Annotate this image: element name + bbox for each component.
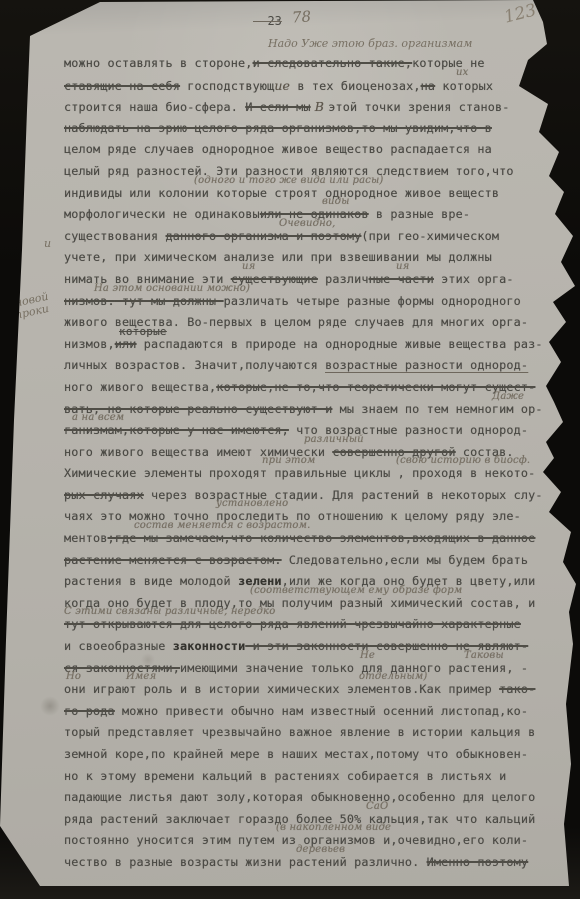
text-line: которыенизмов,или распадаются в природе … — [64, 337, 550, 359]
top-handwritten-note: Надо Уже этою браз. организмам — [268, 37, 472, 50]
handwritten-correction: В — [311, 99, 329, 114]
handwritten-annotation: а на всем — [72, 412, 124, 423]
typed-text: Следовательно,если мы будем брать — [282, 553, 529, 567]
struck-text: наблюдать на эрию целого ряда организмов… — [64, 121, 492, 135]
handwritten-annotation: СаО — [366, 801, 388, 812]
typed-text: имеющими значение только для данного рас… — [180, 661, 528, 675]
struck-text: ганизмам,которые у нас имеются, — [64, 423, 289, 437]
handwritten-annotation: виды — [322, 196, 350, 207]
handwritten-annotation: Не — [360, 650, 375, 661]
typed-text-block: можно оставлять в стороне,и следовательн… — [64, 56, 550, 877]
typed-text: Химические элементы проходят правильные … — [64, 466, 535, 480]
margin-handwritten-note: С новой строки — [2, 288, 64, 324]
typed-text: чество в разные возрасты жизни растений … — [64, 855, 427, 869]
typed-text: ного живого вещества, — [64, 380, 216, 394]
margin-handwritten-note: и — [44, 238, 60, 250]
struck-text: низмов. — [64, 294, 115, 308]
typed-text: но к этому времени кальций в растениях с… — [64, 769, 506, 783]
text-line: рых случаях через возрастные стадии. Для… — [64, 488, 550, 510]
handwritten-annotation: На этом основании можно) — [94, 283, 250, 294]
document-page: - 23 78 123 Надо Уже этою браз. организм… — [0, 0, 580, 899]
text-line: личных возрастов. Значит,получаются возр… — [64, 358, 550, 380]
handwritten-page-number: 78 — [291, 7, 311, 26]
struck-text: растение меняется с возрастом. — [64, 553, 282, 567]
typed-text: различать четыре разные формы однородног… — [224, 294, 521, 308]
text-line: состав меняется с возрастом.ментов;где м… — [64, 531, 550, 553]
typed-text: возрастные разности однород- — [325, 358, 528, 372]
typed-text: (при гео-химическом — [361, 229, 499, 243]
text-line: целом ряде случаев однородное живое веще… — [64, 142, 550, 164]
typed-text: можно оставлять в стороне, — [64, 56, 253, 70]
struck-text: рых случаях — [64, 488, 144, 502]
struck-text: И если мы — [245, 100, 310, 114]
struck-text: Именно поэтому — [427, 855, 529, 869]
text-line: падающие листья дают золу,которая обыкно… — [64, 790, 550, 812]
typed-text: через возрастные стадии. Для растений в … — [144, 488, 543, 502]
handwritten-annotation: установлено — [216, 498, 288, 509]
text-line: учете, при химическом анализе или при вз… — [64, 250, 550, 272]
text-line: НоИмеяотдельным)они играют роль и в исто… — [64, 682, 550, 704]
handwritten-annotation: (свою историю в биосф. — [396, 455, 530, 466]
typed-text: ментов — [64, 531, 108, 545]
typed-text: существования — [64, 229, 166, 243]
typed-text: торый представляет чрезвычайно важное яв… — [64, 725, 535, 739]
text-line: ихставящие на себя господствующие в тех … — [64, 78, 550, 100]
text-line: торый представляет чрезвычайно важное яв… — [64, 725, 550, 747]
struck-text: на — [421, 79, 436, 93]
text-line: (одного и того же вида или расы)индивиды… — [64, 186, 550, 208]
text-line: Дажевать, но которые реально существуют … — [64, 402, 550, 424]
text-line: наблюдать на эрию целого ряда организмов… — [64, 121, 550, 143]
typed-text: строится наша био-сфера. — [64, 100, 245, 114]
typed-text: они играют роль и в истории химических э… — [64, 682, 499, 696]
typed-text: мы знаем по тем немногим ор- — [332, 402, 542, 416]
text-line: Очевидно,существования данного организма… — [64, 229, 550, 251]
text-line: при этом(свою историю в биосф.Химические… — [64, 466, 550, 488]
handwritten-annotation: ия — [242, 261, 255, 272]
typed-text: личных возрастов. Значит,получаются — [64, 358, 325, 372]
struck-text: или — [115, 337, 137, 351]
text-line: но к этому времени кальций в растениях с… — [64, 769, 550, 791]
handwritten-annotation: ия — [396, 261, 409, 272]
handwritten-annotation: (в накопленном виде — [276, 822, 391, 833]
handwritten-annotation: различный — [304, 434, 364, 445]
typed-text: господствующ — [180, 79, 274, 93]
struck-text: ставящие на себя — [64, 79, 180, 93]
typed-text: учете, при химическом анализе или при вз… — [64, 250, 492, 264]
text-line: деревьевчество в разные возрасты жизни р… — [64, 855, 550, 877]
corner-page-number: 123 — [502, 0, 538, 27]
typed-page-number: - 23 — [253, 14, 282, 28]
typed-text: этих орга- — [434, 272, 514, 286]
handwritten-annotation: их — [456, 67, 468, 78]
struck-text: тут мы должны — [115, 294, 224, 308]
struck-text: которые,не то,что теоретически могут сущ… — [216, 380, 535, 394]
handwritten-annotation: (соответствующем ему образе форм — [250, 585, 462, 596]
typed-text: законности — [173, 639, 246, 653]
text-line: растение меняется с возрастом. Следовате… — [64, 553, 550, 575]
text-line: На этом основании можно)низмов. тут мы д… — [64, 294, 550, 316]
handwritten-annotation: Очевидно, — [279, 218, 336, 229]
typed-text: которые не — [412, 56, 485, 70]
text-line: С этими связаны различные, нередкотут от… — [64, 617, 550, 639]
struck-text: ся законностями, — [64, 661, 180, 675]
typed-text: распадаются в природе на однородные живы… — [137, 337, 543, 351]
struck-text: ные части — [369, 272, 434, 286]
text-line: строится наша био-сфера. И если мы В это… — [64, 99, 550, 121]
handwritten-annotation: которые — [119, 325, 167, 338]
struck-text: ;где мы замечаем,что количество элементо… — [108, 531, 536, 545]
typed-text: различ — [318, 272, 369, 286]
typed-text: можно привести обычно нам известный осен… — [115, 704, 528, 718]
typed-text: целом ряде случаев однородное живое веще… — [64, 142, 492, 156]
handwritten-correction: ие — [274, 78, 290, 93]
handwritten-annotation: Даже — [492, 391, 524, 402]
struck-text: тут открываются для целого ряда явлений … — [64, 617, 521, 631]
handwritten-annotation: Но — [66, 671, 81, 682]
scanned-document: - 23 78 123 Надо Уже этою браз. организм… — [0, 0, 580, 899]
typed-text: и своеобразные — [64, 639, 173, 653]
typed-text: индивиды или колонии которые строят одно… — [64, 186, 499, 200]
typed-text: растения в виде молодой — [64, 574, 238, 588]
struck-text: и следовательно такие, — [253, 56, 413, 70]
typed-text: в разные вре- — [369, 207, 471, 221]
struck-text: го рода — [64, 704, 115, 718]
handwritten-annotation: при этом — [262, 455, 315, 466]
handwritten-annotation: деревьев — [296, 844, 345, 855]
typed-text: падающие листья дают золу,которая обыкно… — [64, 790, 535, 804]
typed-text: земной коре,по крайней мере в наших мест… — [64, 747, 528, 761]
typed-text: низмов, — [64, 337, 115, 351]
struck-text: тако- — [499, 682, 535, 696]
typed-text: морфологически не одинаковы — [64, 207, 260, 221]
text-line: го рода можно привести обычно нам извест… — [64, 704, 550, 726]
typed-text: этой точки зрения станов- — [328, 100, 509, 114]
text-line: ного живого вещества,которые,не то,что т… — [64, 380, 550, 402]
struck-text: данного организма и поэтому — [166, 229, 362, 243]
text-line: можно оставлять в стороне,и следовательн… — [64, 56, 550, 78]
typed-text: в тех биоценозах, — [290, 79, 421, 93]
handwritten-annotation: Имея — [126, 671, 156, 682]
handwritten-annotation: Таковы — [464, 650, 504, 661]
handwritten-annotation: состав меняется с возрастом. — [134, 520, 311, 531]
text-line: земной коре,по крайней мере в наших мест… — [64, 747, 550, 769]
handwritten-annotation: (одного и того же вида или расы) — [194, 175, 384, 186]
handwritten-annotation: С этими связаны различные, нередко — [64, 606, 275, 617]
typed-text: которых — [435, 79, 493, 93]
handwritten-annotation: отдельным) — [359, 671, 428, 682]
